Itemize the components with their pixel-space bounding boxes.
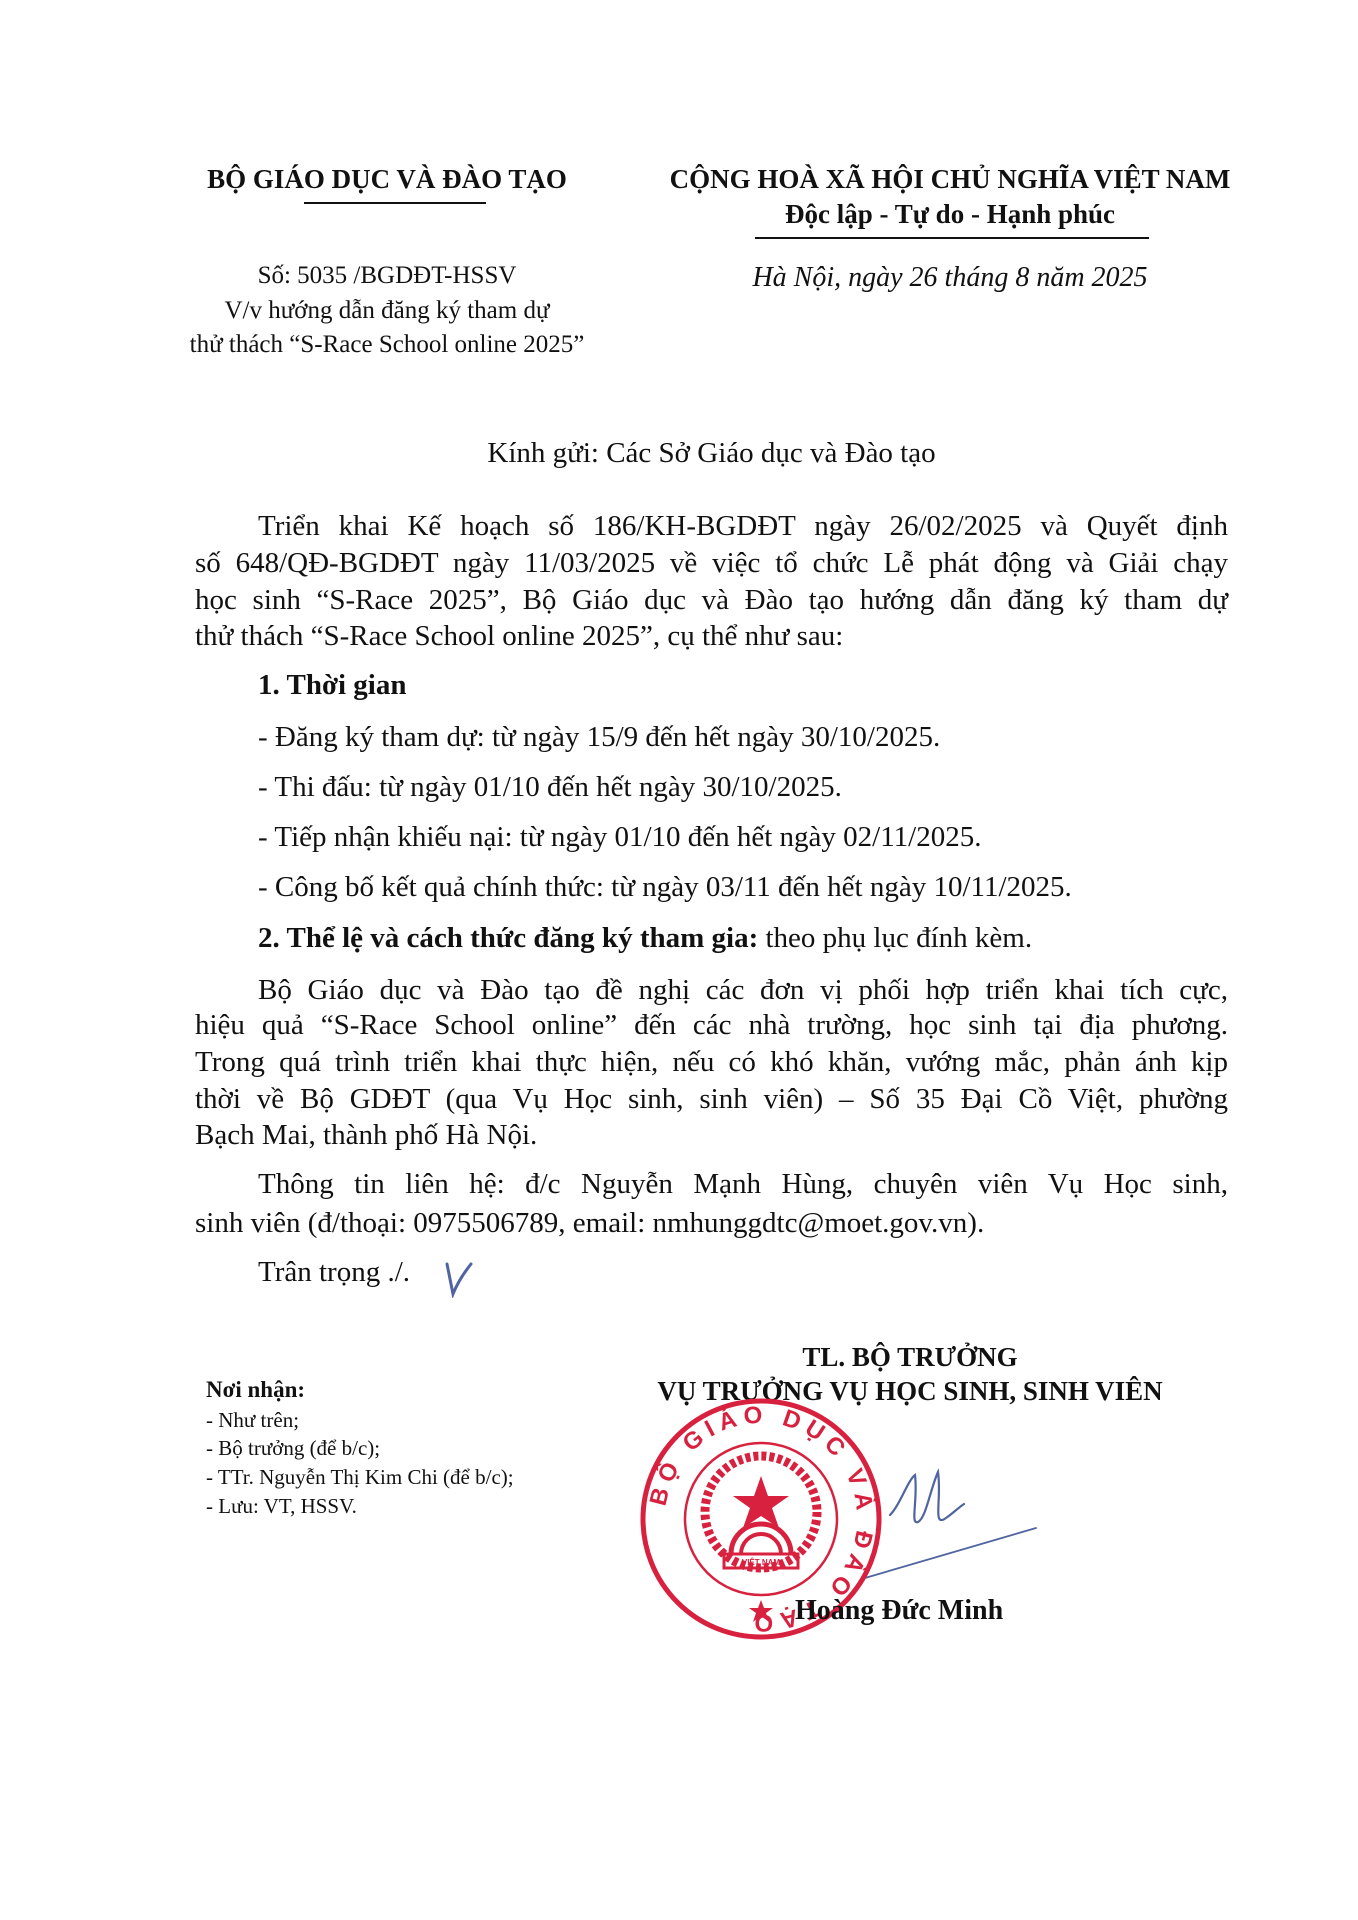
contact-line-2: sinh viên (đ/thoại: 0975506789, email: n… <box>195 1207 984 1240</box>
recipient-item: - Lưu: VT, HSSV. <box>206 1494 357 1519</box>
subject-line-2: thử thách “S-Race School online 2025” <box>157 331 617 359</box>
addressee: Kính gửi: Các Sở Giáo dục và Đào tạo <box>195 437 1228 470</box>
signer-on-behalf: TL. BỘ TRƯỞNG <box>630 1342 1190 1373</box>
section-2: 2. Thể lệ và cách thức đăng ký tham gia:… <box>258 922 1032 955</box>
svg-text:VIỆT NAM: VIỆT NAM <box>742 1558 781 1567</box>
nation-title: CỘNG HOÀ XÃ HỘI CHỦ NGHĨA VIỆT NAM <box>640 164 1260 195</box>
recipient-item: - Bộ trưởng (để b/c); <box>206 1436 380 1461</box>
request-line-4: thời về Bộ GDĐT (qua Vụ Học sinh, sinh v… <box>195 1083 1228 1116</box>
section-2-text: theo phụ lục đính kèm. <box>758 922 1032 954</box>
closing: Trân trọng ./. <box>258 1256 410 1289</box>
intro-line-4: thử thách “S-Race School online 2025”, c… <box>195 620 843 653</box>
motto: Độc lập - Tự do - Hạnh phúc <box>640 199 1260 230</box>
agency-name: BỘ GIÁO DỤC VÀ ĐÀO TẠO <box>187 164 587 195</box>
motto-underline <box>755 237 1149 239</box>
intro-line-1: Triển khai Kế hoạch số 186/KH-BGDĐT ngày… <box>258 510 1228 543</box>
timeline-item-registration: - Đăng ký tham dự: từ ngày 15/9 đến hết … <box>258 721 940 754</box>
checkmark-initial-icon <box>443 1260 475 1298</box>
intro-line-2: số 648/QĐ-BGDĐT ngày 11/03/2025 về việc … <box>195 547 1228 580</box>
recipient-item: - TTr. Nguyễn Thị Kim Chi (để b/c); <box>206 1465 514 1490</box>
request-line-2: hiệu quả “S-Race School online” đến các … <box>195 1009 1228 1042</box>
document-number: Số: 5035 /BGDĐT-HSSV <box>157 262 617 290</box>
section-2-heading: 2. Thể lệ và cách thức đăng ký tham gia: <box>258 922 758 954</box>
timeline-item-complaints: - Tiếp nhận khiếu nại: từ ngày 01/10 đến… <box>258 821 981 854</box>
request-line-3: Trong quá trình triển khai thực hiện, nế… <box>195 1046 1228 1079</box>
recipients-title: Nơi nhận: <box>206 1377 305 1403</box>
section-1-heading: 1. Thời gian <box>258 669 407 702</box>
intro-line-3: học sinh “S-Race 2025”, Bộ Giáo dục và Đ… <box>195 584 1228 617</box>
signer-name: Hoàng Đức Minh <box>795 1595 1003 1627</box>
recipient-item: - Như trên; <box>206 1408 299 1433</box>
timeline-item-competition: - Thi đấu: từ ngày 01/10 đến hết ngày 30… <box>258 771 842 804</box>
request-line-1: Bộ Giáo dục và Đào tạo đề nghị các đơn v… <box>258 974 1228 1007</box>
timeline-item-results: - Công bố kết quả chính thức: từ ngày 03… <box>258 871 1072 904</box>
contact-line-1: Thông tin liên hệ: đ/c Nguyễn Mạnh Hùng,… <box>258 1168 1228 1201</box>
subject-line-1: V/v hướng dẫn đăng ký tham dự <box>157 297 617 325</box>
place-date: Hà Nội, ngày 26 tháng 8 năm 2025 <box>640 262 1260 294</box>
request-line-5: Bạch Mai, thành phố Hà Nội. <box>195 1119 537 1152</box>
agency-underline <box>304 202 486 204</box>
handwritten-signature-icon <box>860 1460 1060 1590</box>
